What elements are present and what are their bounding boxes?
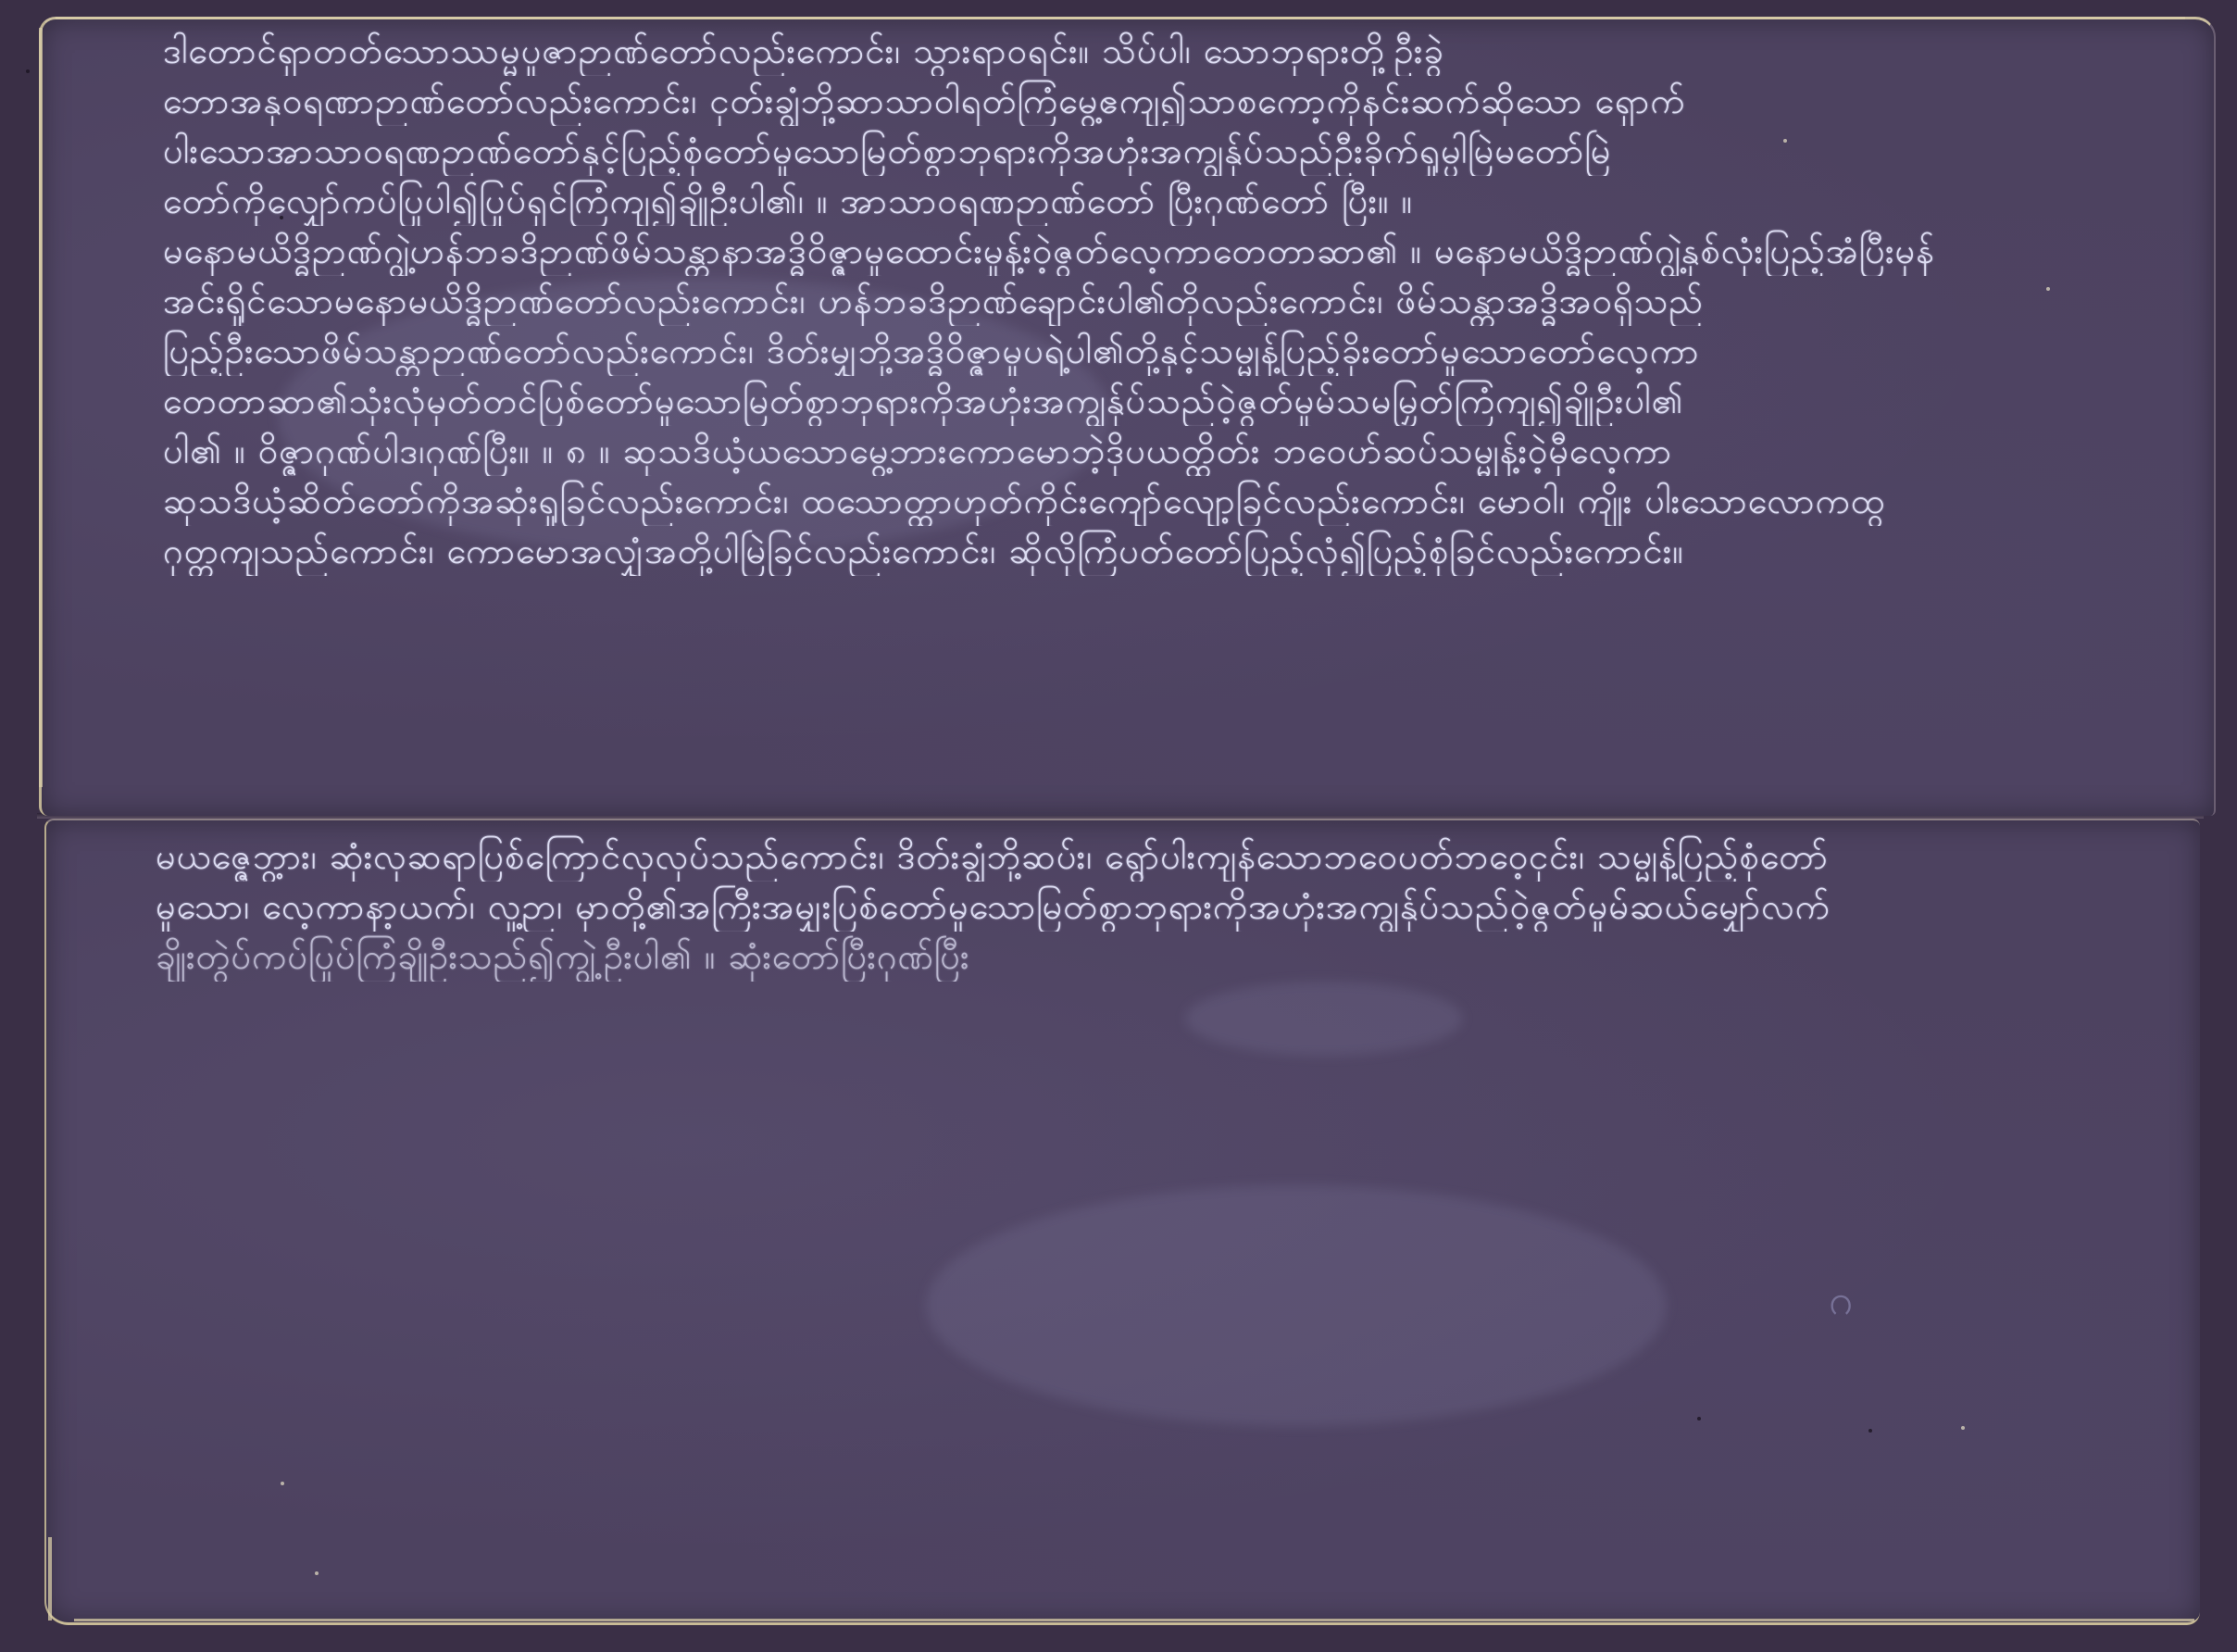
paper-smudge xyxy=(926,1185,1667,1426)
text-line: ပါးသောအာသာဝရဏဉာဏ်တော်နှင့်ပြည့်စုံတော်မူ… xyxy=(163,126,2144,176)
worn-edge-left-top xyxy=(39,28,43,787)
speck xyxy=(26,69,30,73)
text-line: ပါ၏ ။ ဝိဇ္ဇာဂုဏ်ပါဒ၊ဂုဏ်ပြီး။ ။ ၈ ။ ဆုသဒ… xyxy=(163,426,2144,476)
speck xyxy=(1961,1426,1965,1430)
erasure-smudge xyxy=(1185,982,1463,1056)
text-line: ချိုးတွဲပ်ကပ်ပြုပ်ကြံချိုဦးသည်၍ကျွဲ့ဦးပါ… xyxy=(156,932,2137,982)
text-line: ဘောအနုဝရဏာဉာဏ်တော်လည်းကောင်း၊ ငှတ်းချွံဘ… xyxy=(163,76,2144,126)
worn-edge-top xyxy=(56,17,2185,19)
manuscript-text-bottom: မယဇ္ဇွေ့ဘား၊ ဆုံးလုဆရာပြစ်ကြောင်လှလှပ်သည… xyxy=(156,832,2137,982)
text-line: ဂုတ္တကျသည်ကောင်း၊ ကောမောအလျှံအတို့ပါမြဲခ… xyxy=(163,526,2144,576)
text-line: အင်းရှိုင်သောမနောမယိဒ္ဓိဉာဏ်တော်လည်းကောင… xyxy=(163,276,2144,326)
speck xyxy=(1697,1417,1701,1420)
text-line: ဆုသဒိယံ့ဆိတ်တော်ကိုအဆုံးရှုခြင်လည်းကောင်… xyxy=(163,476,2144,526)
text-line: တေတာဆာ၏သုံးလုံမှတ်တင်ပြစ်တော်မူသောမြတ်စွ… xyxy=(163,376,2144,426)
text-line: ပြည့်ဦးသောဖိမ်သန္တာဉာဏ်တော်လည်းကောင်း၊ ဒ… xyxy=(163,326,2144,376)
speck xyxy=(315,1571,319,1575)
text-line: မယဇ္ဇွေ့ဘား၊ ဆုံးလုဆရာပြစ်ကြောင်လှလှပ်သည… xyxy=(156,832,2137,882)
speck xyxy=(1868,1429,1872,1433)
worn-edge-bottom xyxy=(74,1619,2194,1621)
text-line: တော်ကိုလျှော်ကပ်ပြုပါ၍ပြုပ်ရှင်ကြံကျ၍ချိ… xyxy=(163,176,2144,226)
worn-edge-left-bottom xyxy=(48,1537,52,1621)
speck xyxy=(281,1482,284,1485)
text-line: မနောမယိဒ္ဓိဉာဏ်ဂျွဲ့ဟန်ဘခဒိဉာဏ်ဖိမ်သန္တာ… xyxy=(163,226,2144,276)
faint-pencil-mark: ဂ xyxy=(1829,1273,1853,1335)
text-line: မူသော၊ လေ့ကာနာ့ယက်၊ လူ့ဉာ၊ မှာတို့၏အကြီး… xyxy=(156,882,2137,932)
manuscript-text-top: ဒါတောင်ရှာတတ်သောဿမ္မပူဇာဉာဏ်တော်လည်းကောင… xyxy=(163,26,2144,576)
text-line: ဒါတောင်ရှာတတ်သောဿမ္မပူဇာဉာဏ်တော်လည်းကောင… xyxy=(163,26,2144,76)
